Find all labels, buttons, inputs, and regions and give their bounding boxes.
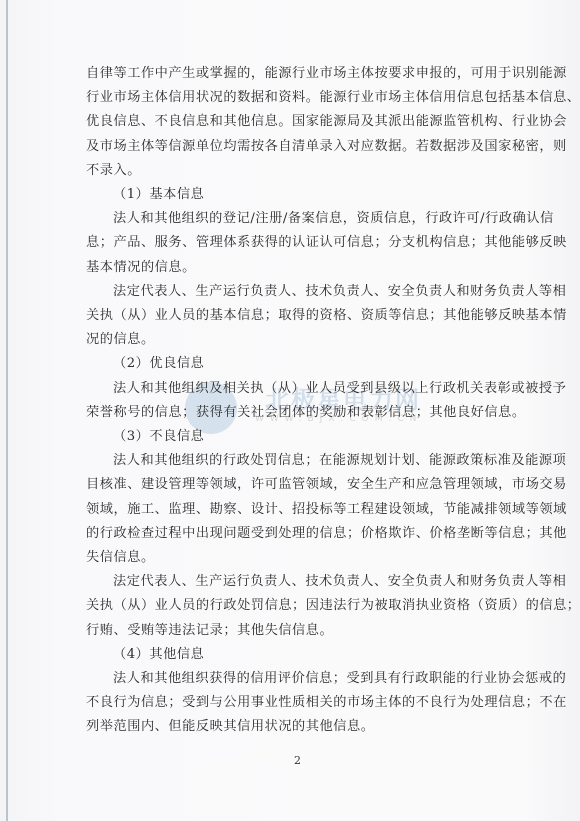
scan-edge-line — [6, 0, 8, 821]
text-line: 法定代表人、生产运行负责人、技术负责人、安全负责人和财务负责人等相 — [113, 282, 516, 302]
document-page: 北极星电力网 WWW.BJX.COM.CN 自律等工作中产生或掌握的，能源行业市… — [0, 0, 580, 821]
text-line: 目核准、建设管理等领域，许可监管领域，安全生产和应急管理领域，市场交易 — [86, 475, 516, 495]
text-line: 关执（从）业人员的基本信息；取得的资格、资质等信息；其他能够反映基本情 — [86, 306, 516, 326]
text-line: 法人和其他组织获得的信用评价信息；受到具有行政职能的行业协会惩戒的 — [113, 669, 516, 689]
text-line: 息；产品、服务、管理体系获得的认证认可信息；分支机构信息；其他能够反映 — [86, 233, 516, 253]
page-number: 2 — [294, 754, 301, 767]
text-line: 的行政检查过程中出现问题受到处理的信息；价格欺诈、价格垄断等信息；其他 — [86, 524, 516, 544]
text-line: 关执（从）业人员的行政处罚信息；因违法行为被取消执业资格（资质）的信息； — [86, 596, 516, 616]
text-line: 行业市场主体信用状况的数据和资料。能源行业市场主体信用信息包括基本信息、 — [86, 88, 516, 108]
text-line: （2）优良信息 — [113, 354, 204, 374]
text-line: 基本情况的信息。 — [86, 258, 196, 278]
text-line: 行贿、受贿等违法记录；其他失信信息。 — [86, 621, 333, 641]
text-line: 荣誉称号的信息；获得有关社会团体的奖励和表彰信息；其他良好信息。 — [86, 403, 526, 423]
text-line: 法定代表人、生产运行负责人、技术负责人、安全负责人和财务负责人等相 — [113, 572, 516, 592]
text-line: 领域，施工、监理、勘察、设计、招投标等工程建设领域，节能减排领域等领域 — [86, 500, 516, 520]
text-line: 法人和其他组织的行政处罚信息；在能源规划计划、能源政策标准及能源项 — [113, 451, 516, 471]
text-line: 及市场主体等信源单位均需按各自清单录入对应数据。若数据涉及国家秘密，则 — [86, 137, 516, 157]
text-line: （1）基本信息 — [113, 185, 204, 205]
text-line: 失信信息。 — [86, 548, 155, 568]
text-line: 自律等工作中产生或掌握的，能源行业市场主体按要求申报的，可用于识别能源 — [86, 64, 516, 84]
text-line: （3）不良信息 — [113, 427, 204, 447]
text-line: 不良行为信息；受到与公用事业性质相关的市场主体的不良行为处理信息；不在 — [86, 693, 516, 713]
text-line: 列举范围内、但能反映其信用状况的其他信息。 — [86, 717, 375, 737]
text-line: （4）其他信息 — [113, 645, 204, 665]
text-line: 况的信息。 — [86, 330, 155, 350]
text-line: 法人和其他组织及相关执（从）业人员受到县级以上行政机关表彰或被授予 — [113, 379, 516, 399]
text-line: 优良信息、不良信息和其他信息。国家能源局及其派出能源监管机构、行业协会 — [86, 112, 516, 132]
text-line: 法人和其他组织的登记/注册/备案信息，资质信息，行政许可/行政确认信 — [113, 209, 516, 229]
text-line: 不录入。 — [86, 161, 141, 181]
